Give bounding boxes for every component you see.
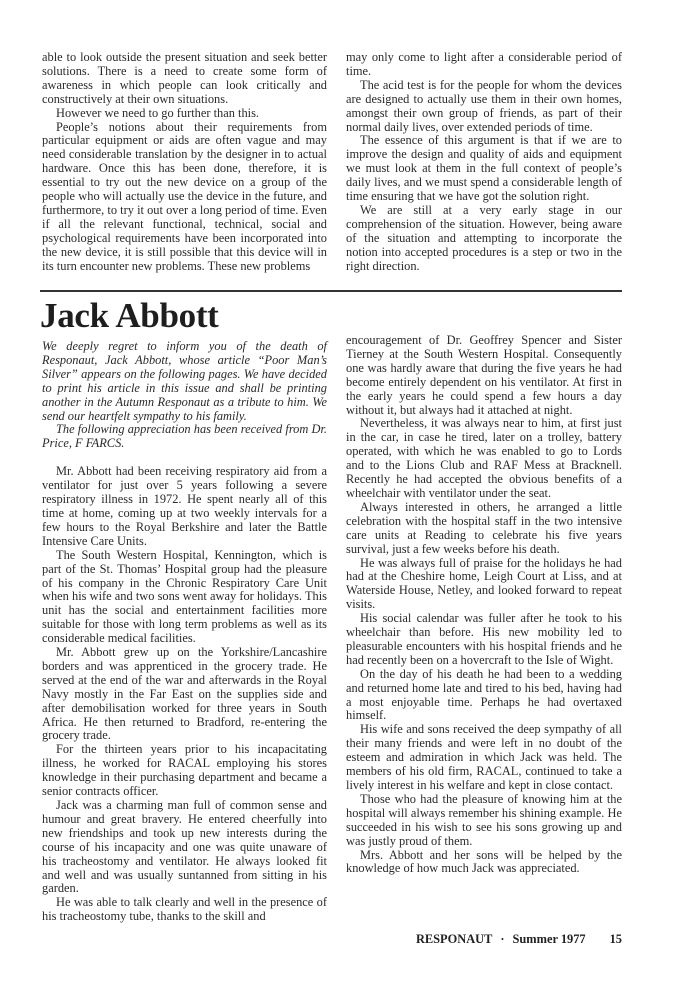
paragraph: able to look outside the present situati… [42,51,327,107]
article-right-column: encouragement of Dr. Geoffrey Spencer an… [346,334,622,876]
article-left-column: We deeply regret to inform you of the de… [42,340,327,924]
previous-article-left-column: able to look outside the present situati… [42,51,327,274]
paragraph: Nevertheless, it was always near to him,… [346,417,622,500]
paragraph: may only come to light after a considera… [346,51,622,79]
paragraph: However we need to go further than this. [42,107,327,121]
paragraph: Always interested in others, he arranged… [346,501,622,557]
intro-paragraph: The following appreciation has been rece… [42,423,327,451]
paragraph: The essence of this argument is that if … [346,134,622,204]
footer-separator: · [500,932,504,947]
page-number: 15 [610,932,622,947]
paragraph: Mr. Abbott had been receiving respirator… [42,465,327,548]
paragraph: He was always full of praise for the hol… [346,557,622,613]
paragraph: People’s notions about their requirement… [42,121,327,274]
paragraph: encouragement of Dr. Geoffrey Spencer an… [346,334,622,417]
spacer [42,451,327,465]
article-headline: Jack Abbott [40,296,219,336]
paragraph: We are still at a very early stage in ou… [346,204,622,274]
paragraph: Jack was a charming man full of common s… [42,799,327,896]
previous-article-right-column: may only come to light after a considera… [346,51,622,274]
section-divider-rule [40,290,622,292]
paragraph: The South Western Hospital, Kennington, … [42,549,327,646]
issue-label: Summer 1977 [513,932,586,947]
paragraph: Those who had the pleasure of knowing hi… [346,793,622,849]
page-footer: RESPONAUT · Summer 1977 15 [400,932,622,947]
paragraph: On the day of his death he had been to a… [346,668,622,724]
intro-paragraph: We deeply regret to inform you of the de… [42,340,327,423]
paragraph: His social calendar was fuller after he … [346,612,622,668]
paragraph: The acid test is for the people for whom… [346,79,622,135]
paragraph: Mrs. Abbott and her sons will be helped … [346,849,622,877]
paragraph: His wife and sons received the deep symp… [346,723,622,793]
paragraph: He was able to talk clearly and well in … [42,896,327,924]
publication-name: RESPONAUT [416,932,492,947]
editorial-intro: We deeply regret to inform you of the de… [42,340,327,451]
paragraph: Mr. Abbott grew up on the Yorkshire/Lanc… [42,646,327,743]
paragraph: For the thirteen years prior to his inca… [42,743,327,799]
